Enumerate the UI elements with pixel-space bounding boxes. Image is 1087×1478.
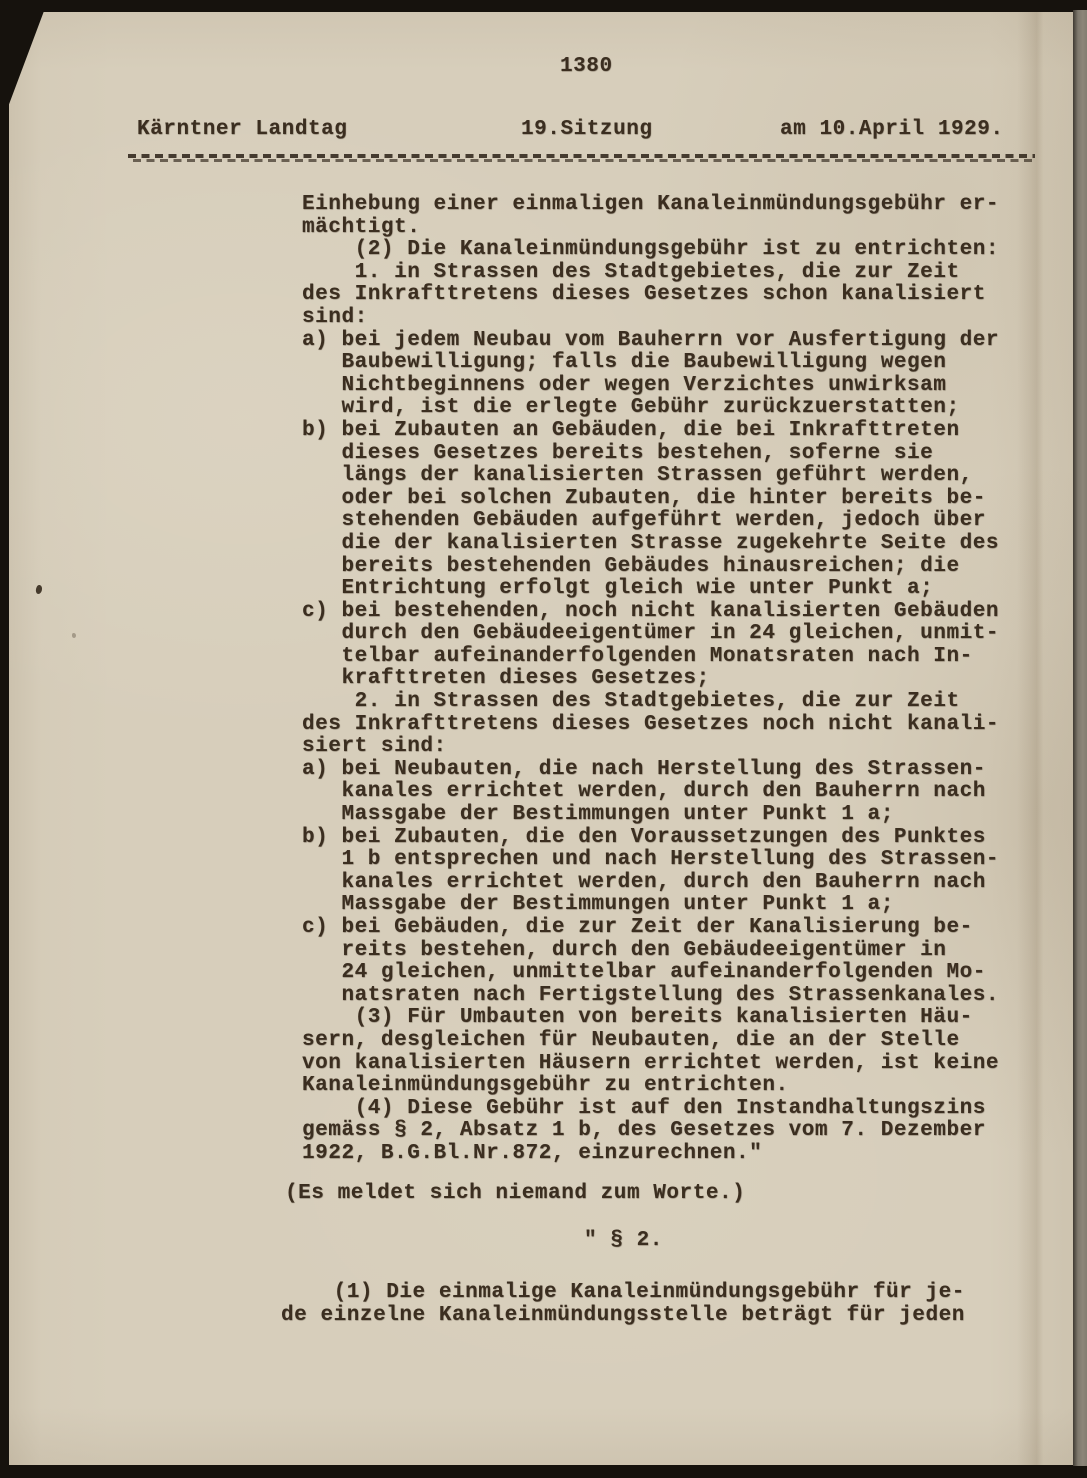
text-line: wird, ist die erlegte Gebühr zurückzuers…: [302, 397, 999, 420]
text-line: a) bei jedem Neubau vom Bauherrn vor Aus…: [302, 330, 999, 353]
page-edge-shadow: [1073, 10, 1087, 1466]
text-line: b) bei Zubauten, die den Voraussetzungen…: [302, 827, 999, 850]
text-line: sern, desgleichen für Neubauten, die an …: [302, 1030, 999, 1053]
document-scan: 1380 Kärntner Landtag 19.Sitzung am 10.A…: [0, 0, 1087, 1478]
text-line: siert sind:: [302, 736, 999, 759]
interjection-line: (Es meldet sich niemand zum Worte.): [285, 1182, 745, 1205]
text-line: Massgabe der Bestimmungen unter Punkt 1 …: [302, 894, 999, 917]
text-line: sind:: [302, 307, 999, 330]
text-line: b) bei Zubauten an Gebäuden, die bei Ink…: [302, 420, 999, 443]
text-line: 24 gleichen, unmittelbar aufeinanderfolg…: [302, 962, 999, 985]
text-line: (3) Für Umbauten von bereits kanalisiert…: [302, 1007, 999, 1030]
text-line: a) bei Neubauten, die nach Herstellung d…: [302, 759, 999, 782]
text-line: krafttreten dieses Gesetzes;: [302, 668, 999, 691]
text-line: dieses Gesetzes bereits bestehen, sofern…: [302, 443, 999, 466]
text-line: natsraten nach Fertigstellung des Strass…: [302, 985, 999, 1008]
text-line: von kanalisierten Häusern errichtet werd…: [302, 1053, 999, 1076]
text-line: bereits bestehenden Gebäudes hinausreich…: [302, 556, 999, 579]
section-heading: " § 2.: [584, 1229, 663, 1252]
header-session-date: am 10.April 1929.: [780, 118, 1004, 141]
text-line: (1) Die einmalige Kanaleinmündungsgebühr…: [281, 1282, 965, 1305]
text-line: durch den Gebäudeeigentümer in 24 gleich…: [302, 623, 999, 646]
text-line: des Inkrafttretens dieses Gesetzes noch …: [302, 714, 999, 737]
text-line: Massgabe der Bestimmungen unter Punkt 1 …: [302, 804, 999, 827]
text-line: (2) Die Kanaleinmündungsgebühr ist zu en…: [302, 239, 999, 262]
corner-shadow: [8, 11, 44, 107]
body-text: Einhebung einer einmaligen Kanaleinmündu…: [302, 194, 999, 1166]
text-line: mächtigt.: [302, 217, 999, 240]
text-line: stehenden Gebäuden aufgeführt werden, je…: [302, 510, 999, 533]
closing-text: (1) Die einmalige Kanaleinmündungsgebühr…: [281, 1282, 965, 1327]
text-line: 1. in Strassen des Stadtgebietes, die zu…: [302, 262, 999, 285]
header-dashed-rule: [128, 154, 1035, 163]
header-parliament-title: Kärntner Landtag: [137, 118, 347, 141]
text-line: Baubewilligung; falls die Baubewilligung…: [302, 352, 999, 375]
text-line: des Inkrafttretens dieses Gesetzes schon…: [302, 284, 999, 307]
text-line: oder bei solchen Zubauten, die hinter be…: [302, 488, 999, 511]
ink-speck: [72, 633, 76, 638]
text-line: telbar aufeinanderfolgenden Monatsraten …: [302, 646, 999, 669]
text-line: Entrichtung erfolgt gleich wie unter Pun…: [302, 578, 999, 601]
text-line: (4) Diese Gebühr ist auf den Instandhalt…: [302, 1098, 999, 1121]
text-line: Einhebung einer einmaligen Kanaleinmündu…: [302, 194, 999, 217]
text-line: die der kanalisierten Strasse zugekehrte…: [302, 533, 999, 556]
page-number: 1380: [560, 55, 613, 78]
text-line: längs der kanalisierten Strassen geführt…: [302, 465, 999, 488]
text-line: gemäss § 2, Absatz 1 b, des Gesetzes vom…: [302, 1120, 999, 1143]
header-session-number: 19.Sitzung: [521, 118, 653, 141]
paper-page: 1380 Kärntner Landtag 19.Sitzung am 10.A…: [9, 12, 1073, 1465]
text-line: kanales errichtet werden, durch den Bauh…: [302, 872, 999, 895]
text-line: Kanaleinmündungsgebühr zu entrichten.: [302, 1075, 999, 1098]
text-line: 1 b entsprechen und nach Herstellung des…: [302, 849, 999, 872]
text-line: kanales errichtet werden, durch den Bauh…: [302, 781, 999, 804]
text-line: 2. in Strassen des Stadtgebietes, die zu…: [302, 691, 999, 714]
paper-crease: [1017, 12, 1051, 1465]
text-line: c) bei Gebäuden, die zur Zeit der Kanali…: [302, 917, 999, 940]
text-line: de einzelne Kanaleinmündungsstelle beträ…: [281, 1305, 965, 1328]
text-line: Nichtbeginnens oder wegen Verzichtes unw…: [302, 375, 999, 398]
text-line: 1922, B.G.Bl.Nr.872, einzurechnen.": [302, 1143, 999, 1166]
text-line: c) bei bestehenden, noch nicht kanalisie…: [302, 601, 999, 624]
ink-speck: [35, 584, 43, 594]
text-line: reits bestehen, durch den Gebäudeeigentü…: [302, 940, 999, 963]
